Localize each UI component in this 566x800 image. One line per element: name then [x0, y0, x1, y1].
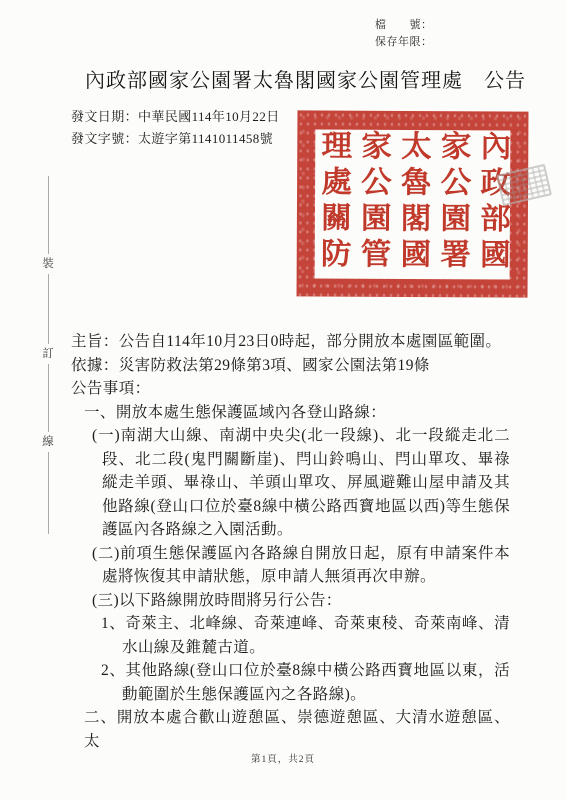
body-paragraphs: 主旨：公告自114年10月23日0時起，部分開放本處園區範圍。依據：災害防救法第…	[0, 330, 566, 753]
doc-number-label: 發文字號：	[71, 131, 138, 146]
paragraph-label: 2、	[101, 662, 125, 679]
paragraph: 二、開放本處合歡山遊憩區、崇德遊憩區、大清水遊憩區、太	[84, 706, 510, 753]
file-number-label: 檔 號：	[375, 17, 433, 34]
official-seal-icon: 內政部國家公園署太魯閣國家公園管理處關防	[297, 110, 529, 297]
paragraph: 1、奇萊主、北峰線、奇萊連峰、奇萊東稜、奇萊南峰、清水山線及錐麓古道。	[101, 612, 510, 659]
official-seal-text: 內政部國家公園署太魯閣國家公園管理處關防	[315, 129, 511, 279]
paragraph: 主旨：公告自114年10月23日0時起，部分開放本處園區範圍。	[71, 330, 510, 354]
binding-line-segment	[48, 176, 49, 254]
paragraph: 一、開放本處生態保護區域內各登山路線：	[84, 401, 510, 425]
paragraph-label: 公告事項：	[71, 380, 151, 397]
paragraph-label: 主旨：	[71, 333, 119, 350]
doc-number-value: 太遊字第1141011458號	[138, 131, 273, 146]
paragraph-text: 開放本處生態保護區域內各登山路線：	[116, 404, 386, 421]
issue-date-label: 發文日期：	[71, 109, 138, 124]
paragraph-text: 奇萊主、北峰線、奇萊連峰、奇萊東稜、奇萊南峰、清水山線及錐麓古道。	[122, 615, 510, 656]
retention-period-label: 保存年限：	[375, 34, 433, 51]
paragraph: 依據：災害防救法第29條第3項、國家公園法第19條	[71, 354, 510, 378]
paragraph: (一)南湖大山線、南湖中央尖(北一段線)、北一段縱走北二段、北二段(鬼門關斷崖)…	[92, 424, 510, 542]
binding-mark: 裝	[42, 257, 54, 271]
paragraph-text: 其他路線(登山口位於臺8線中橫公路西寶地區以東，活動範圍於生態保護區內之各路線)…	[122, 662, 510, 703]
doc-number-row: 發文字號：太遊字第1141011458號	[71, 128, 280, 150]
file-number-block: 檔 號： 保存年限：	[375, 17, 433, 51]
paragraph-text: 開放本處合歡山遊憩區、崇德遊憩區、大清水遊憩區、太	[84, 709, 510, 750]
paragraph-text: 公告自114年10月23日0時起，部分開放本處園區範圍。	[119, 333, 502, 350]
paragraph-label: 1、	[101, 615, 125, 632]
paragraph-label: 依據：	[71, 357, 119, 374]
official-seal-inner: 內政部國家公園署太魯閣國家公園管理處關防	[315, 129, 511, 279]
paragraph-label: (一)	[92, 427, 120, 444]
official-announcement-page: 檔 號： 保存年限： 內政部國家公園署太魯閣國家公園管理處 公告 發文日期：中華…	[0, 0, 566, 800]
paragraph-label: 一、	[84, 404, 116, 421]
issue-date-value: 中華民國114年10月22日	[138, 109, 280, 124]
paragraph-label: (三)	[92, 592, 119, 609]
paragraph: 2、其他路線(登山口位於臺8線中橫公路西寶地區以東，活動範圍於生態保護區內之各路…	[101, 659, 510, 706]
issue-date-row: 發文日期：中華民國114年10月22日	[71, 106, 280, 128]
document-meta: 發文日期：中華民國114年10月22日 發文字號：太遊字第1141011458號	[71, 106, 280, 150]
paragraph-text: 以下路線開放時間將另行公告：	[119, 592, 342, 609]
paragraph: 公告事項：	[71, 377, 510, 401]
paragraph-label: (二)	[92, 545, 120, 562]
paragraph-text: 南湖大山線、南湖中央尖(北一段線)、北一段縱走北二段、北二段(鬼門關斷崖)、閂山…	[102, 427, 510, 538]
paragraph-text: 前項生態保護區內各路線自開放日起，原有申請案件本處將恢復其申請狀態，原申請人無須…	[102, 545, 510, 586]
paragraph: (二)前項生態保護區內各路線自開放日起，原有申請案件本處將恢復其申請狀態，原申請…	[92, 542, 510, 589]
paragraph-text: 災害防救法第29條第3項、國家公園法第19條	[119, 357, 430, 374]
page-title: 內政部國家公園署太魯閣國家公園管理處 公告	[85, 64, 526, 93]
page-number: 第1頁，共2頁	[0, 751, 566, 765]
paragraph: (三)以下路線開放時間將另行公告：	[92, 589, 510, 613]
paragraph-label: 二、	[84, 709, 117, 726]
